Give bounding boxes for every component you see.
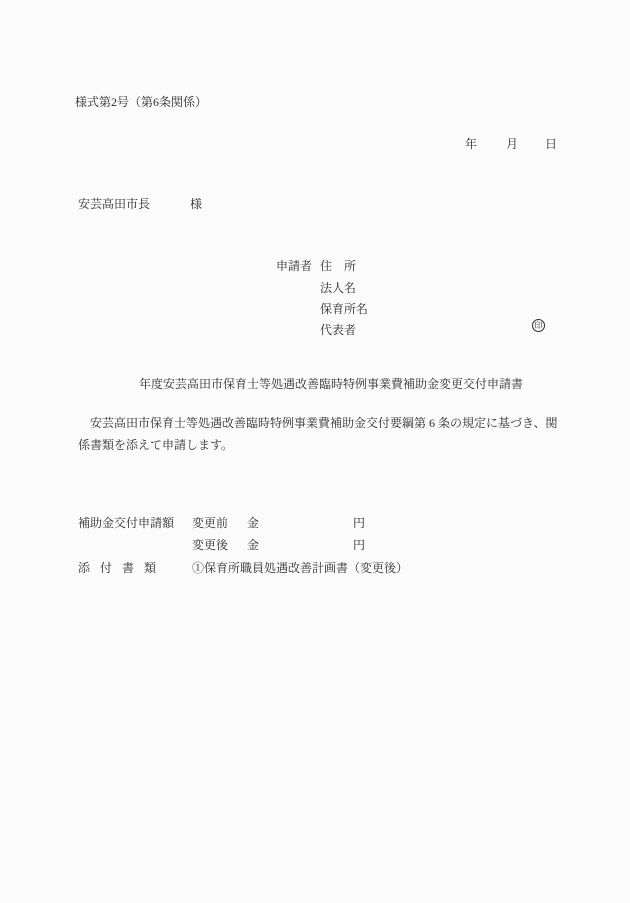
- amount-before-unit-label: 円: [353, 516, 365, 530]
- seal-icon: 印: [532, 319, 545, 332]
- amount-before-change-label: 変更前: [192, 516, 228, 530]
- date-day-label: 日: [545, 137, 557, 151]
- body-text-line: 安芸高田市保育士等処遇改善臨時特例事業費補助金交付要綱第 6 条の規定に基づき、…: [78, 416, 558, 430]
- applicant-nursery-name-label: 保育所名: [320, 302, 368, 316]
- addressee-name: 安芸高田市長: [78, 197, 150, 211]
- body-text-line: 係書類を添えて申請します。: [78, 438, 233, 452]
- amount-after-unit-label: 円: [353, 538, 365, 552]
- addressee-honorific: 様: [190, 197, 202, 211]
- date-month-label: 月: [506, 137, 518, 151]
- amount-before-currency-label: 金: [247, 516, 259, 530]
- attachment-item: ①保育所職員処遇改善計画書（変更後）: [192, 561, 408, 575]
- attachments-label: 添付書類: [78, 561, 166, 575]
- amount-after-change-label: 変更後: [192, 538, 228, 552]
- document-title: 年度安芸高田市保育士等処遇改善臨時特例事業費補助金変更交付申請書: [139, 377, 523, 391]
- applicant-address-label: 住 所: [320, 259, 356, 273]
- applicant-corporation-name-label: 法人名: [320, 281, 356, 295]
- amount-after-currency-label: 金: [247, 538, 259, 552]
- date-year-label: 年: [465, 137, 477, 151]
- applicant-representative-label: 代表者: [320, 323, 356, 337]
- form-number: 様式第2号（第6条関係）: [75, 95, 207, 109]
- applicant-label: 申請者: [276, 259, 312, 273]
- amount-section-label: 補助金交付申請額: [78, 516, 174, 530]
- document-page: 様式第2号（第6条関係） 年 月 日 安芸高田市長 様 申請者 住 所 法人名 …: [0, 0, 630, 903]
